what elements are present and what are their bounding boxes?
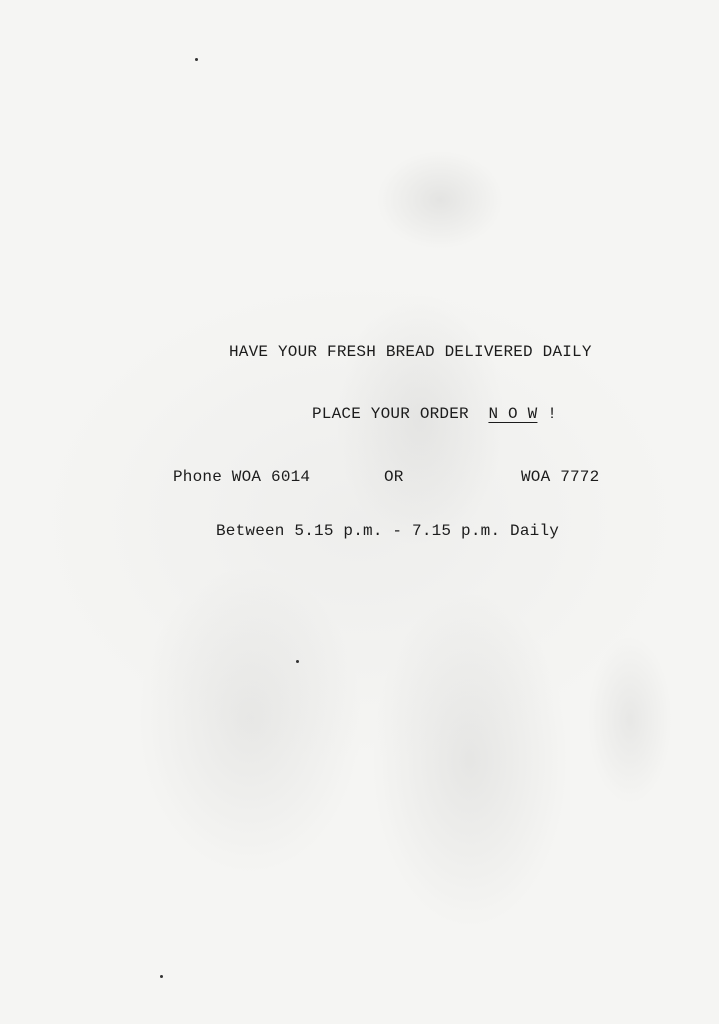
speck <box>296 660 299 663</box>
order-emphasis: N O W <box>488 405 537 423</box>
order-line: PLACE YOUR ORDER N O W ! <box>312 405 557 423</box>
phone-primary: Phone WOA 6014 <box>173 468 310 486</box>
speck <box>160 975 163 978</box>
speck <box>195 58 198 61</box>
document-page: HAVE YOUR FRESH BREAD DELIVERED DAILY PL… <box>0 0 719 1024</box>
hours-line: Between 5.15 p.m. - 7.15 p.m. Daily <box>216 522 559 540</box>
phone-secondary: WOA 7772 <box>521 468 599 486</box>
order-suffix: ! <box>537 405 557 423</box>
phone-or: OR <box>384 468 404 486</box>
order-prefix: PLACE YOUR ORDER <box>312 405 488 423</box>
headline: HAVE YOUR FRESH BREAD DELIVERED DAILY <box>229 343 592 361</box>
